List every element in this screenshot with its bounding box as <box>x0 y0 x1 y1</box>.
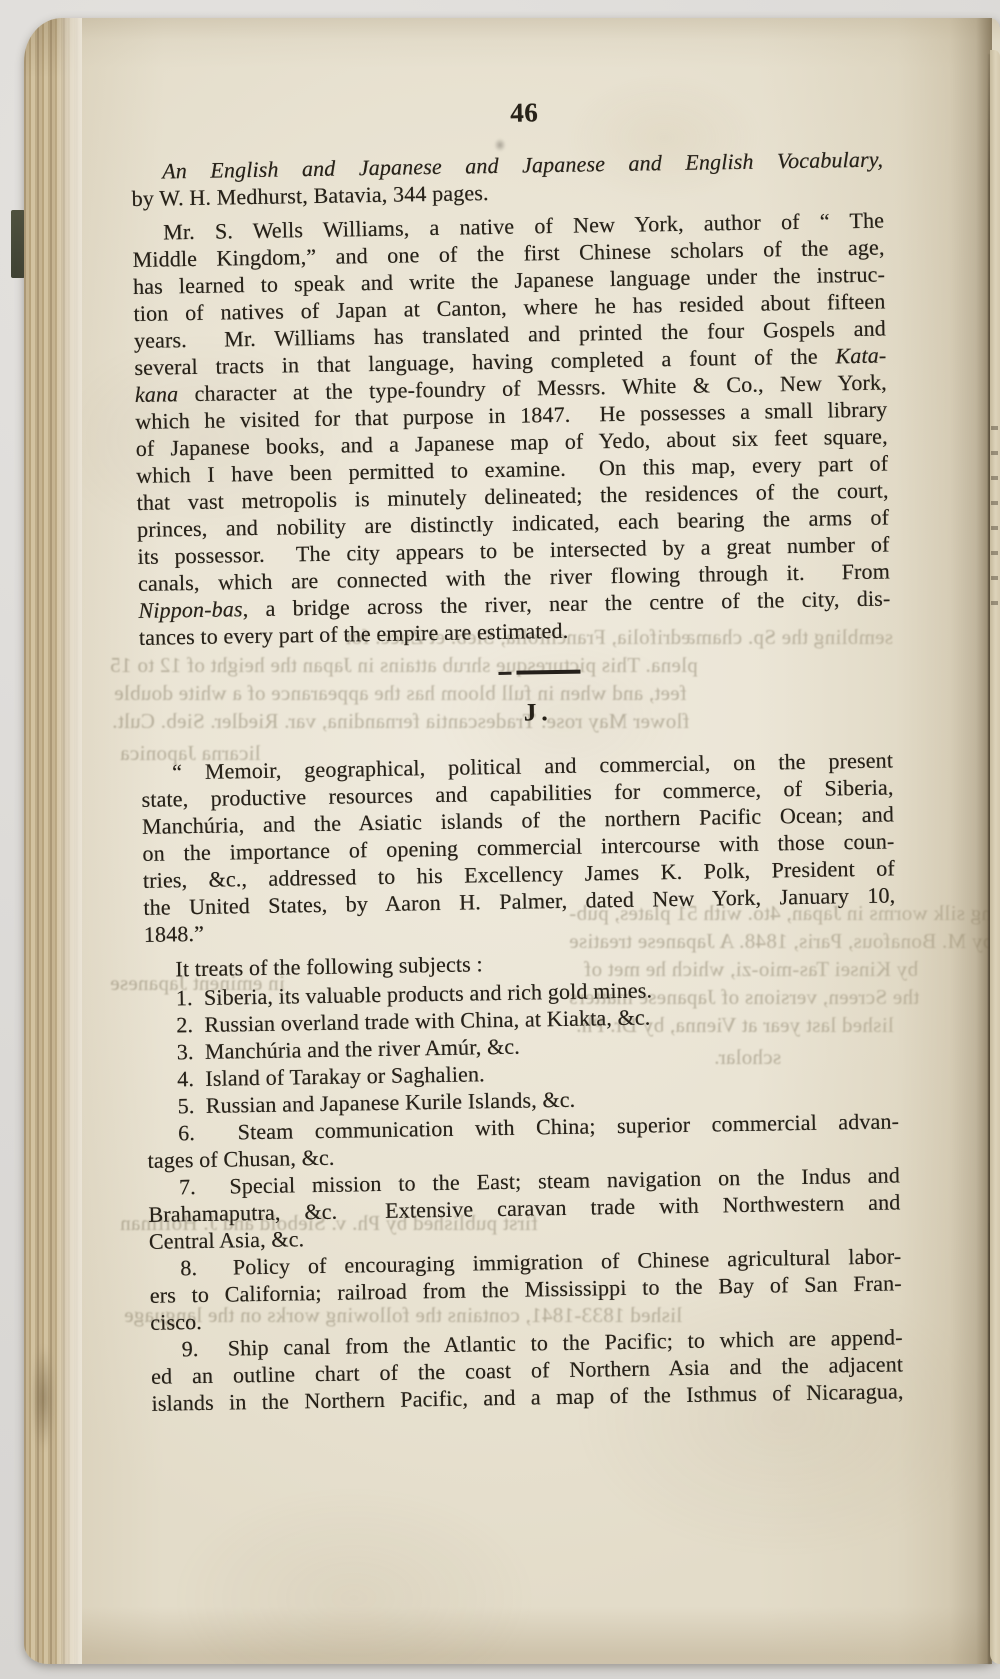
section-divider <box>163 664 915 680</box>
book-page: sembling the Sp. chamædrifolia, Franchfo… <box>24 18 1000 1664</box>
divider-long-dash <box>516 670 580 675</box>
text-segment: tages of Chusan, &c. <box>147 1145 334 1173</box>
facing-page-sliver <box>990 50 1000 1664</box>
text-segment: 4. Island of Tarakay or Saghalien. <box>177 1061 485 1091</box>
text-block: 46 An English and Japanese and Japanese … <box>130 92 904 1417</box>
italic-text-segment: Nippon-bas <box>138 596 243 623</box>
text-segment: 1848.” <box>144 921 205 947</box>
facing-page-text-fragments <box>991 426 998 616</box>
italic-text-segment: kana <box>135 381 179 407</box>
williams-paragraph: Mr. S. Wells Williams, a native of New Y… <box>132 207 891 651</box>
text-segment: It treats of the following subjects : <box>175 951 483 981</box>
vocabulary-entry: An English and Japanese and Japanese and… <box>131 146 884 212</box>
text-segment: cisco. <box>150 1309 202 1335</box>
book-cover-sliver <box>11 210 25 278</box>
subject-list: 1. Siberia, its valuable products and ri… <box>145 972 904 1416</box>
divider-short-dash <box>498 671 511 674</box>
section-heading: J. <box>162 690 914 736</box>
text-segment: Central Asia, &c. <box>149 1226 305 1254</box>
italic-text-segment: Kata- <box>835 342 886 368</box>
edge-smudge <box>28 1328 58 1468</box>
memoir-paragraph: “ Memoir, geographical, political and co… <box>141 746 896 947</box>
text-segment: tances to every part of the empire are e… <box>139 618 569 650</box>
text-segment: by W. H. Medhurst, Batavia, 344 pages. <box>131 180 488 211</box>
